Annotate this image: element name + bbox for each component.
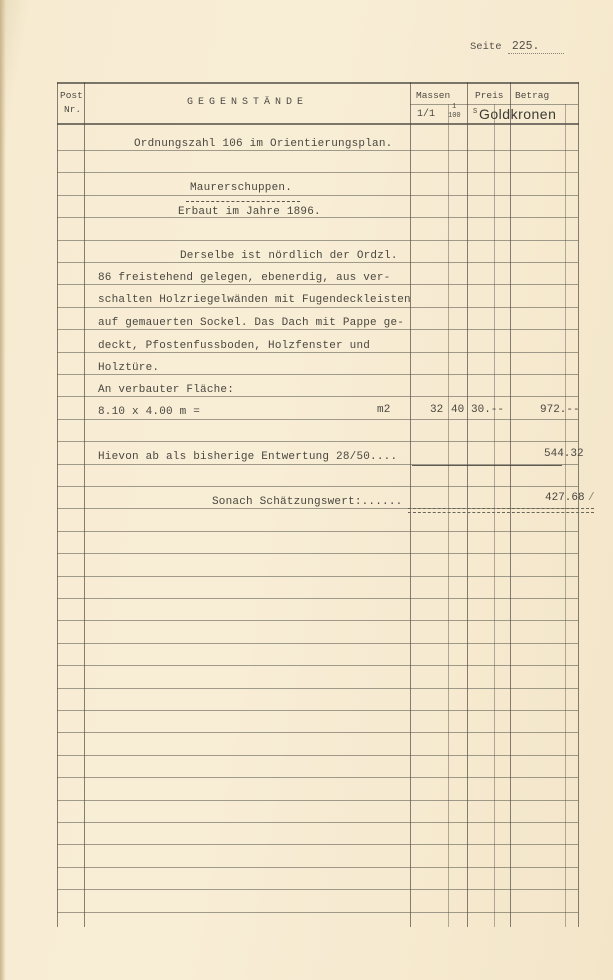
row-desc-1: Derselbe ist nördlich der Ordzl.	[180, 250, 398, 262]
row-entwertung-betrag: 544.32	[544, 448, 584, 460]
ruled-line	[57, 755, 578, 756]
page-number: Seite 225.	[470, 40, 564, 54]
check-mark: /	[588, 492, 595, 504]
row-schaetzungswert: Sonach Schätzungswert:......	[212, 496, 402, 508]
header-gegenstaende: GEGENSTÄNDE	[187, 97, 308, 108]
ruled-line	[57, 889, 578, 890]
title-underline	[186, 201, 300, 202]
ruled-line	[57, 486, 578, 487]
ruled-line	[57, 665, 578, 666]
ruled-line	[57, 307, 578, 308]
ruled-line	[57, 710, 578, 711]
header-preis: Preis	[475, 90, 504, 101]
ruled-line	[57, 598, 578, 599]
ruled-line	[57, 844, 578, 845]
ruled-line	[57, 396, 578, 397]
row-calc-betrag: 972.--	[540, 404, 580, 416]
col-border-right	[578, 82, 579, 927]
row-entwertung: Hievon ab als bisherige Entwertung 28/50…	[98, 451, 397, 463]
header-nr: Nr.	[64, 104, 81, 115]
row-desc-4: auf gemauerten Sockel. Das Dach mit Papp…	[98, 317, 404, 329]
row-calc: 8.10 x 4.00 m =	[98, 406, 200, 418]
page-number-label: Seite	[470, 41, 502, 53]
ruled-line	[57, 643, 578, 644]
row-desc-2: 86 freistehend gelegen, ebenerdig, aus v…	[98, 272, 390, 284]
row-calc-preis: 30.--	[471, 404, 504, 416]
col-border-betrag-mid	[565, 104, 566, 927]
row-calc-masse-dec: 40	[451, 404, 464, 416]
ruled-line	[57, 867, 578, 868]
ruled-line	[57, 195, 578, 196]
ruled-line	[57, 352, 578, 353]
header-post: Post	[60, 90, 83, 101]
header-masse-fraction-den: 100	[448, 112, 461, 120]
ruled-line	[57, 912, 578, 913]
row-flaeche-label: An verbauter Fläche:	[98, 384, 234, 396]
subtraction-line	[412, 465, 562, 466]
ruled-line	[57, 822, 578, 823]
total-double-underline	[408, 508, 594, 513]
ruled-line	[57, 553, 578, 554]
ruled-line	[57, 531, 578, 532]
row-desc-6: Holztüre.	[98, 362, 159, 374]
ruled-line	[57, 240, 578, 241]
ruled-line	[57, 262, 578, 263]
page-edge-shadow	[0, 0, 6, 980]
table-top-border	[57, 82, 579, 84]
page-number-value: 225.	[508, 40, 564, 54]
ruled-line	[57, 576, 578, 577]
ruled-line	[57, 688, 578, 689]
row-erbaut: Erbaut im Jahre 1896.	[178, 206, 321, 218]
ruled-line	[57, 419, 578, 420]
header-betrag: Betrag	[515, 90, 549, 101]
ruled-line	[57, 150, 578, 151]
header-masse-1-1: 1/1	[417, 109, 435, 120]
ruled-line	[57, 172, 578, 173]
row-desc-5: deckt, Pfostenfussboden, Holzfenster und	[98, 340, 370, 352]
row-desc-3: schalten Holzriegelwänden mit Fugendeckl…	[98, 294, 411, 306]
col-border-masse-mid	[448, 104, 449, 927]
header-massen: Massen	[416, 90, 450, 101]
ruled-line	[57, 732, 578, 733]
row-ordnungszahl: Ordnungszahl 106 im Orientierungsplan.	[134, 138, 392, 150]
row-title: Maurerschuppen.	[190, 182, 292, 194]
ruled-line	[57, 374, 578, 375]
ruled-line	[57, 800, 578, 801]
ruled-line	[57, 284, 578, 285]
currency-stamp-prefix: S	[473, 108, 477, 116]
ruled-line	[57, 620, 578, 621]
row-schaetzungswert-betrag: 427.68	[545, 492, 585, 504]
ruled-line	[57, 441, 578, 442]
col-border-preis-mid	[494, 104, 495, 927]
currency-stamp-goldkronen: Goldkronen	[479, 106, 556, 122]
header-bottom-border	[57, 123, 579, 125]
row-calc-masse: 32	[430, 404, 443, 416]
header-masse-fraction-num: 1	[452, 103, 456, 111]
ruled-line	[57, 329, 578, 330]
row-calc-unit: m2	[377, 404, 391, 416]
ruled-line	[57, 777, 578, 778]
